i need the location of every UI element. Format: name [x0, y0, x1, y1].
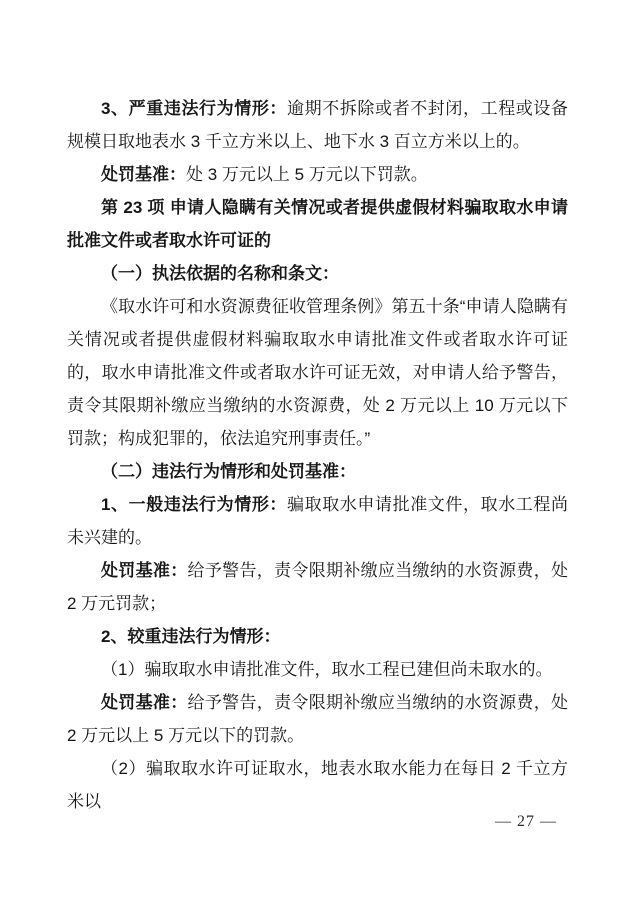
paragraph-lead-bold: 处罚基准： [101, 561, 188, 580]
document-body: 3、严重违法行为情形：逾期不拆除或者不封闭，工程或设备规模日取地表水 3 千立方… [67, 92, 568, 818]
paragraph: 3、严重违法行为情形：逾期不拆除或者不封闭，工程或设备规模日取地表水 3 千立方… [67, 92, 568, 158]
paragraph: （一）执法依据的名称和条文： [67, 257, 568, 290]
paragraph: （二）违法行为情形和处罚基准： [67, 455, 568, 488]
paragraph-lead-bold: 第 23 项 申请人隐瞒有关情况或者提供虚假材料骗取取水申请批准文件或者取水许可… [67, 198, 568, 250]
paragraph: 处罚基准：给予警告，责令限期补缴应当缴纳的水资源费，处 2 万元罚款； [67, 554, 568, 620]
document-page: 3、严重违法行为情形：逾期不拆除或者不封闭，工程或设备规模日取地表水 3 千立方… [0, 0, 635, 898]
paragraph: 2、较重违法行为情形： [67, 620, 568, 653]
paragraph-lead-bold: 处罚基准： [101, 165, 186, 184]
paragraph: （1）骗取取水申请批准文件，取水工程已建但尚未取水的。 [67, 653, 568, 686]
paragraph-text: 处 3 万元以上 5 万元以下罚款。 [186, 165, 428, 184]
paragraph-lead-bold: （二）违法行为情形和处罚基准： [101, 462, 356, 481]
paragraph-text: （1）骗取取水申请批准文件，取水工程已建但尚未取水的。 [101, 660, 552, 679]
paragraph: 第 23 项 申请人隐瞒有关情况或者提供虚假材料骗取取水申请批准文件或者取水许可… [67, 191, 568, 257]
page-number: — 27 — [495, 811, 557, 833]
paragraph-lead-bold: （一）执法依据的名称和条文： [101, 264, 339, 283]
paragraph-lead-bold: 处罚基准： [101, 693, 188, 712]
paragraph-text: （2）骗取取水许可证取水，地表水取水能力在每日 2 千立方米以 [67, 759, 568, 811]
paragraph: 1、一般违法行为情形：骗取取水申请批准文件，取水工程尚未兴建的。 [67, 488, 568, 554]
paragraph: 处罚基准：处 3 万元以上 5 万元以下罚款。 [67, 158, 568, 191]
paragraph: （2）骗取取水许可证取水，地表水取水能力在每日 2 千立方米以 [67, 752, 568, 818]
paragraph-text: 《取水许可和水资源费征收管理条例》第五十条“申请人隐瞒有关情况或者提供虚假材料骗… [67, 297, 568, 448]
paragraph: 《取水许可和水资源费征收管理条例》第五十条“申请人隐瞒有关情况或者提供虚假材料骗… [67, 290, 568, 455]
paragraph: 处罚基准：给予警告，责令限期补缴应当缴纳的水资源费，处 2 万元以上 5 万元以… [67, 686, 568, 752]
paragraph-lead-bold: 1、一般违法行为情形： [101, 495, 287, 514]
paragraph-lead-bold: 3、严重违法行为情形： [101, 99, 287, 118]
paragraph-lead-bold: 2、较重违法行为情形： [101, 627, 280, 646]
